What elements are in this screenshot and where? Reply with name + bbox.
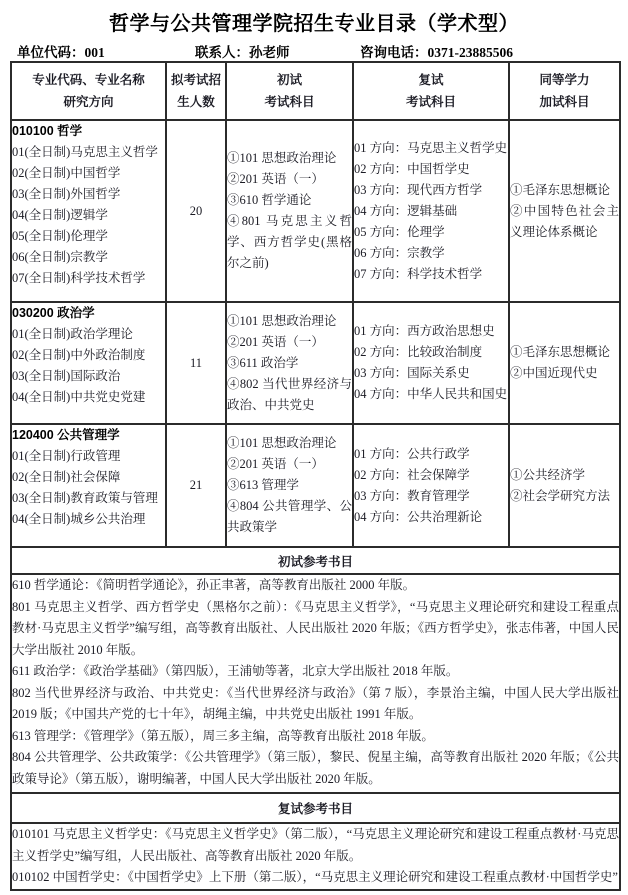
program-row-politics: 030200 政治学 01(全日制)政治学理论 02(全日制)中外政治制度 03… bbox=[11, 302, 620, 424]
equivalency-item: ①毛泽东思想概论 bbox=[510, 342, 619, 363]
col-header-initial: 初试 考试科目 bbox=[226, 62, 353, 120]
direction-item: 02(全日制)社会保障 bbox=[12, 467, 165, 488]
retest-direction-item: 01 方向：马克思主义哲学史 bbox=[354, 138, 508, 159]
initial-subjects-cell: ①101 思想政治理论 ②201 英语（一） ③610 哲学通论 ④801 马克… bbox=[226, 120, 353, 302]
contact-person: 联系人：孙老师 bbox=[195, 41, 290, 61]
retest-refs-title-row: 复试参考书目 bbox=[11, 793, 620, 823]
reference-entry: 613 管理学：《管理学》（第五版），周三多主编，高等教育出版社 2018 年版… bbox=[12, 726, 619, 748]
initial-refs-title: 初试参考书目 bbox=[11, 547, 620, 574]
admissions-catalog-page: 哲学与公共管理学院招生专业目录（学术型） 单位代码：001 联系人：孙老师 咨询… bbox=[0, 0, 628, 895]
direction-item: 03(全日制)外国哲学 bbox=[12, 184, 165, 205]
equivalency-subjects-cell: ①公共经济学 ②社会学研究方法 bbox=[509, 424, 620, 547]
equivalency-item: ②中国近现代史 bbox=[510, 363, 619, 384]
col-header-equivalency-line2: 加试科目 bbox=[510, 91, 619, 113]
phone-label: 咨询电话： bbox=[360, 45, 428, 60]
contact-value: 孙老师 bbox=[249, 45, 290, 60]
major-cell: 120400 公共管理学 01(全日制)行政管理 02(全日制)社会保障 03(… bbox=[11, 424, 166, 547]
col-header-quota: 拟考试招 生人数 bbox=[166, 62, 226, 120]
direction-item: 01(全日制)政治学理论 bbox=[12, 324, 165, 345]
reference-entry: 611 政治学：《政治学基础》（第四版），王浦劬等著，北京大学出版社 2018 … bbox=[12, 661, 619, 683]
subject-item: ③613 管理学 bbox=[227, 475, 352, 496]
retest-refs-row: 010101 马克思主义哲学史：《马克思主义哲学史》（第二版），“马克思主义理论… bbox=[11, 823, 620, 890]
equivalency-item: ②中国特色社会主义理论体系概论 bbox=[510, 201, 619, 243]
retest-direction-item: 02 方向：比较政治制度 bbox=[354, 342, 508, 363]
direction-item: 02(全日制)中国哲学 bbox=[12, 163, 165, 184]
equivalency-item: ①毛泽东思想概论 bbox=[510, 180, 619, 201]
quota-cell: 20 bbox=[166, 120, 226, 302]
unit-code-value: 001 bbox=[85, 45, 105, 60]
table-header-row: 专业代码、专业名称 研究方向 拟考试招 生人数 初试 考试科目 复试 考试科目 … bbox=[11, 62, 620, 120]
retest-refs-cell: 010101 马克思主义哲学史：《马克思主义哲学史》（第二版），“马克思主义理论… bbox=[11, 823, 620, 890]
retest-direction-item: 03 方向：现代西方哲学 bbox=[354, 180, 508, 201]
col-header-quota-line1: 拟考试招 bbox=[167, 69, 225, 91]
contact-label: 联系人： bbox=[195, 45, 249, 60]
retest-direction-item: 03 方向：教育管理学 bbox=[354, 486, 508, 507]
subject-item: ④802 当代世界经济与政治、中共党史 bbox=[227, 374, 352, 416]
consult-phone: 咨询电话：0371-23885506 bbox=[360, 41, 513, 61]
col-header-initial-line1: 初试 bbox=[227, 69, 352, 91]
direction-item: 06(全日制)宗教学 bbox=[12, 247, 165, 268]
col-header-quota-line2: 生人数 bbox=[167, 91, 225, 113]
col-header-initial-line2: 考试科目 bbox=[227, 91, 352, 113]
reference-entry: 801 马克思主义哲学、西方哲学史（黑格尔之前）：《马克思主义哲学》，“马克思主… bbox=[12, 597, 619, 662]
initial-refs-row: 610 哲学通论：《简明哲学通论》，孙正聿著，高等教育出版社 2000 年版。 … bbox=[11, 574, 620, 793]
col-header-retest: 复试 考试科目 bbox=[353, 62, 509, 120]
subject-item: ④801 马克思主义哲学、西方哲学史(黑格尔之前) bbox=[227, 211, 352, 274]
catalog-table: 专业代码、专业名称 研究方向 拟考试招 生人数 初试 考试科目 复试 考试科目 … bbox=[10, 61, 621, 891]
retest-direction-item: 02 方向：中国哲学史 bbox=[354, 159, 508, 180]
major-cell: 010100 哲学 01(全日制)马克思主义哲学 02(全日制)中国哲学 03(… bbox=[11, 120, 166, 302]
quota-cell: 21 bbox=[166, 424, 226, 547]
retest-direction-item: 04 方向：逻辑基础 bbox=[354, 201, 508, 222]
retest-refs-title: 复试参考书目 bbox=[11, 793, 620, 823]
unit-code: 单位代码：001 bbox=[17, 41, 105, 61]
direction-item: 05(全日制)伦理学 bbox=[12, 226, 165, 247]
retest-direction-item: 04 方向：中华人民共和国史 bbox=[354, 384, 508, 405]
col-header-major-line1: 专业代码、专业名称 bbox=[12, 69, 165, 91]
retest-subjects-cell: 01 方向：马克思主义哲学史 02 方向：中国哲学史 03 方向：现代西方哲学 … bbox=[353, 120, 509, 302]
major-cell: 030200 政治学 01(全日制)政治学理论 02(全日制)中外政治制度 03… bbox=[11, 302, 166, 424]
retest-direction-item: 01 方向：公共行政学 bbox=[354, 444, 508, 465]
program-row-public-admin: 120400 公共管理学 01(全日制)行政管理 02(全日制)社会保障 03(… bbox=[11, 424, 620, 547]
retest-direction-item: 07 方向：科学技术哲学 bbox=[354, 264, 508, 285]
subject-item: ④804 公共管理学、公共政策学 bbox=[227, 496, 352, 538]
direction-item: 03(全日制)教育政策与管理 bbox=[12, 488, 165, 509]
reference-entry: 010102 中国哲学史：《中国哲学史》上下册（第二版），“马克思主义理论研究和… bbox=[12, 867, 619, 889]
equivalency-item: ①公共经济学 bbox=[510, 465, 619, 486]
direction-item: 04(全日制)逻辑学 bbox=[12, 205, 165, 226]
direction-item: 07(全日制)科学技术哲学 bbox=[12, 268, 165, 289]
header-info-row: 单位代码：001 联系人：孙老师 咨询电话：0371-23885506 bbox=[0, 41, 628, 59]
col-header-major-line2: 研究方向 bbox=[12, 91, 165, 113]
equivalency-subjects-cell: ①毛泽东思想概论 ②中国特色社会主义理论体系概论 bbox=[509, 120, 620, 302]
retest-direction-item: 06 方向：宗教学 bbox=[354, 243, 508, 264]
direction-item: 04(全日制)中共党史党建 bbox=[12, 387, 165, 408]
initial-refs-cell: 610 哲学通论：《简明哲学通论》，孙正聿著，高等教育出版社 2000 年版。 … bbox=[11, 574, 620, 793]
direction-item: 03(全日制)国际政治 bbox=[12, 366, 165, 387]
page-title: 哲学与公共管理学院招生专业目录（学术型） bbox=[0, 0, 628, 36]
reference-entry: 804 公共管理学、公共政策学：《公共管理学》（第三版），黎民、倪星主编，高等教… bbox=[12, 747, 619, 790]
program-code: 120400 公共管理学 bbox=[12, 425, 165, 446]
reference-entry: 010101 马克思主义哲学史：《马克思主义哲学史》（第二版），“马克思主义理论… bbox=[12, 824, 619, 867]
reference-entry: 802 当代世界经济与政治、中共党史：《当代世界经济与政治》（第 7 版），李景… bbox=[12, 683, 619, 726]
equivalency-subjects-cell: ①毛泽东思想概论 ②中国近现代史 bbox=[509, 302, 620, 424]
direction-item: 01(全日制)马克思主义哲学 bbox=[12, 142, 165, 163]
quota-cell: 11 bbox=[166, 302, 226, 424]
initial-subjects-cell: ①101 思想政治理论 ②201 英语（一） ③611 政治学 ④802 当代世… bbox=[226, 302, 353, 424]
subject-item: ③610 哲学通论 bbox=[227, 190, 352, 211]
direction-item: 01(全日制)行政管理 bbox=[12, 446, 165, 467]
col-header-equivalency: 同等学力 加试科目 bbox=[509, 62, 620, 120]
program-row-philosophy: 010100 哲学 01(全日制)马克思主义哲学 02(全日制)中国哲学 03(… bbox=[11, 120, 620, 302]
direction-item: 04(全日制)城乡公共治理 bbox=[12, 509, 165, 530]
retest-direction-item: 01 方向：西方政治思想史 bbox=[354, 321, 508, 342]
initial-subjects-cell: ①101 思想政治理论 ②201 英语（一） ③613 管理学 ④804 公共管… bbox=[226, 424, 353, 547]
unit-code-label: 单位代码： bbox=[17, 45, 85, 60]
subject-item: ②201 英语（一） bbox=[227, 332, 352, 353]
col-header-equivalency-line1: 同等学力 bbox=[510, 69, 619, 91]
subject-item: ①101 思想政治理论 bbox=[227, 311, 352, 332]
col-header-retest-line1: 复试 bbox=[354, 69, 508, 91]
program-code: 030200 政治学 bbox=[12, 303, 165, 324]
phone-value: 0371-23885506 bbox=[428, 45, 514, 60]
subject-item: ①101 思想政治理论 bbox=[227, 433, 352, 454]
subject-item: ②201 英语（一） bbox=[227, 169, 352, 190]
reference-entry: 610 哲学通论：《简明哲学通论》，孙正聿著，高等教育出版社 2000 年版。 bbox=[12, 575, 619, 597]
direction-item: 02(全日制)中外政治制度 bbox=[12, 345, 165, 366]
retest-subjects-cell: 01 方向：西方政治思想史 02 方向：比较政治制度 03 方向：国际关系史 0… bbox=[353, 302, 509, 424]
col-header-major: 专业代码、专业名称 研究方向 bbox=[11, 62, 166, 120]
subject-item: ①101 思想政治理论 bbox=[227, 148, 352, 169]
retest-direction-item: 02 方向：社会保障学 bbox=[354, 465, 508, 486]
initial-refs-title-row: 初试参考书目 bbox=[11, 547, 620, 574]
retest-subjects-cell: 01 方向：公共行政学 02 方向：社会保障学 03 方向：教育管理学 04 方… bbox=[353, 424, 509, 547]
equivalency-item: ②社会学研究方法 bbox=[510, 486, 619, 507]
retest-direction-item: 03 方向：国际关系史 bbox=[354, 363, 508, 384]
subject-item: ②201 英语（一） bbox=[227, 454, 352, 475]
subject-item: ③611 政治学 bbox=[227, 353, 352, 374]
col-header-retest-line2: 考试科目 bbox=[354, 91, 508, 113]
program-code: 010100 哲学 bbox=[12, 121, 165, 142]
retest-direction-item: 05 方向：伦理学 bbox=[354, 222, 508, 243]
retest-direction-item: 04 方向：公共治理新论 bbox=[354, 507, 508, 528]
